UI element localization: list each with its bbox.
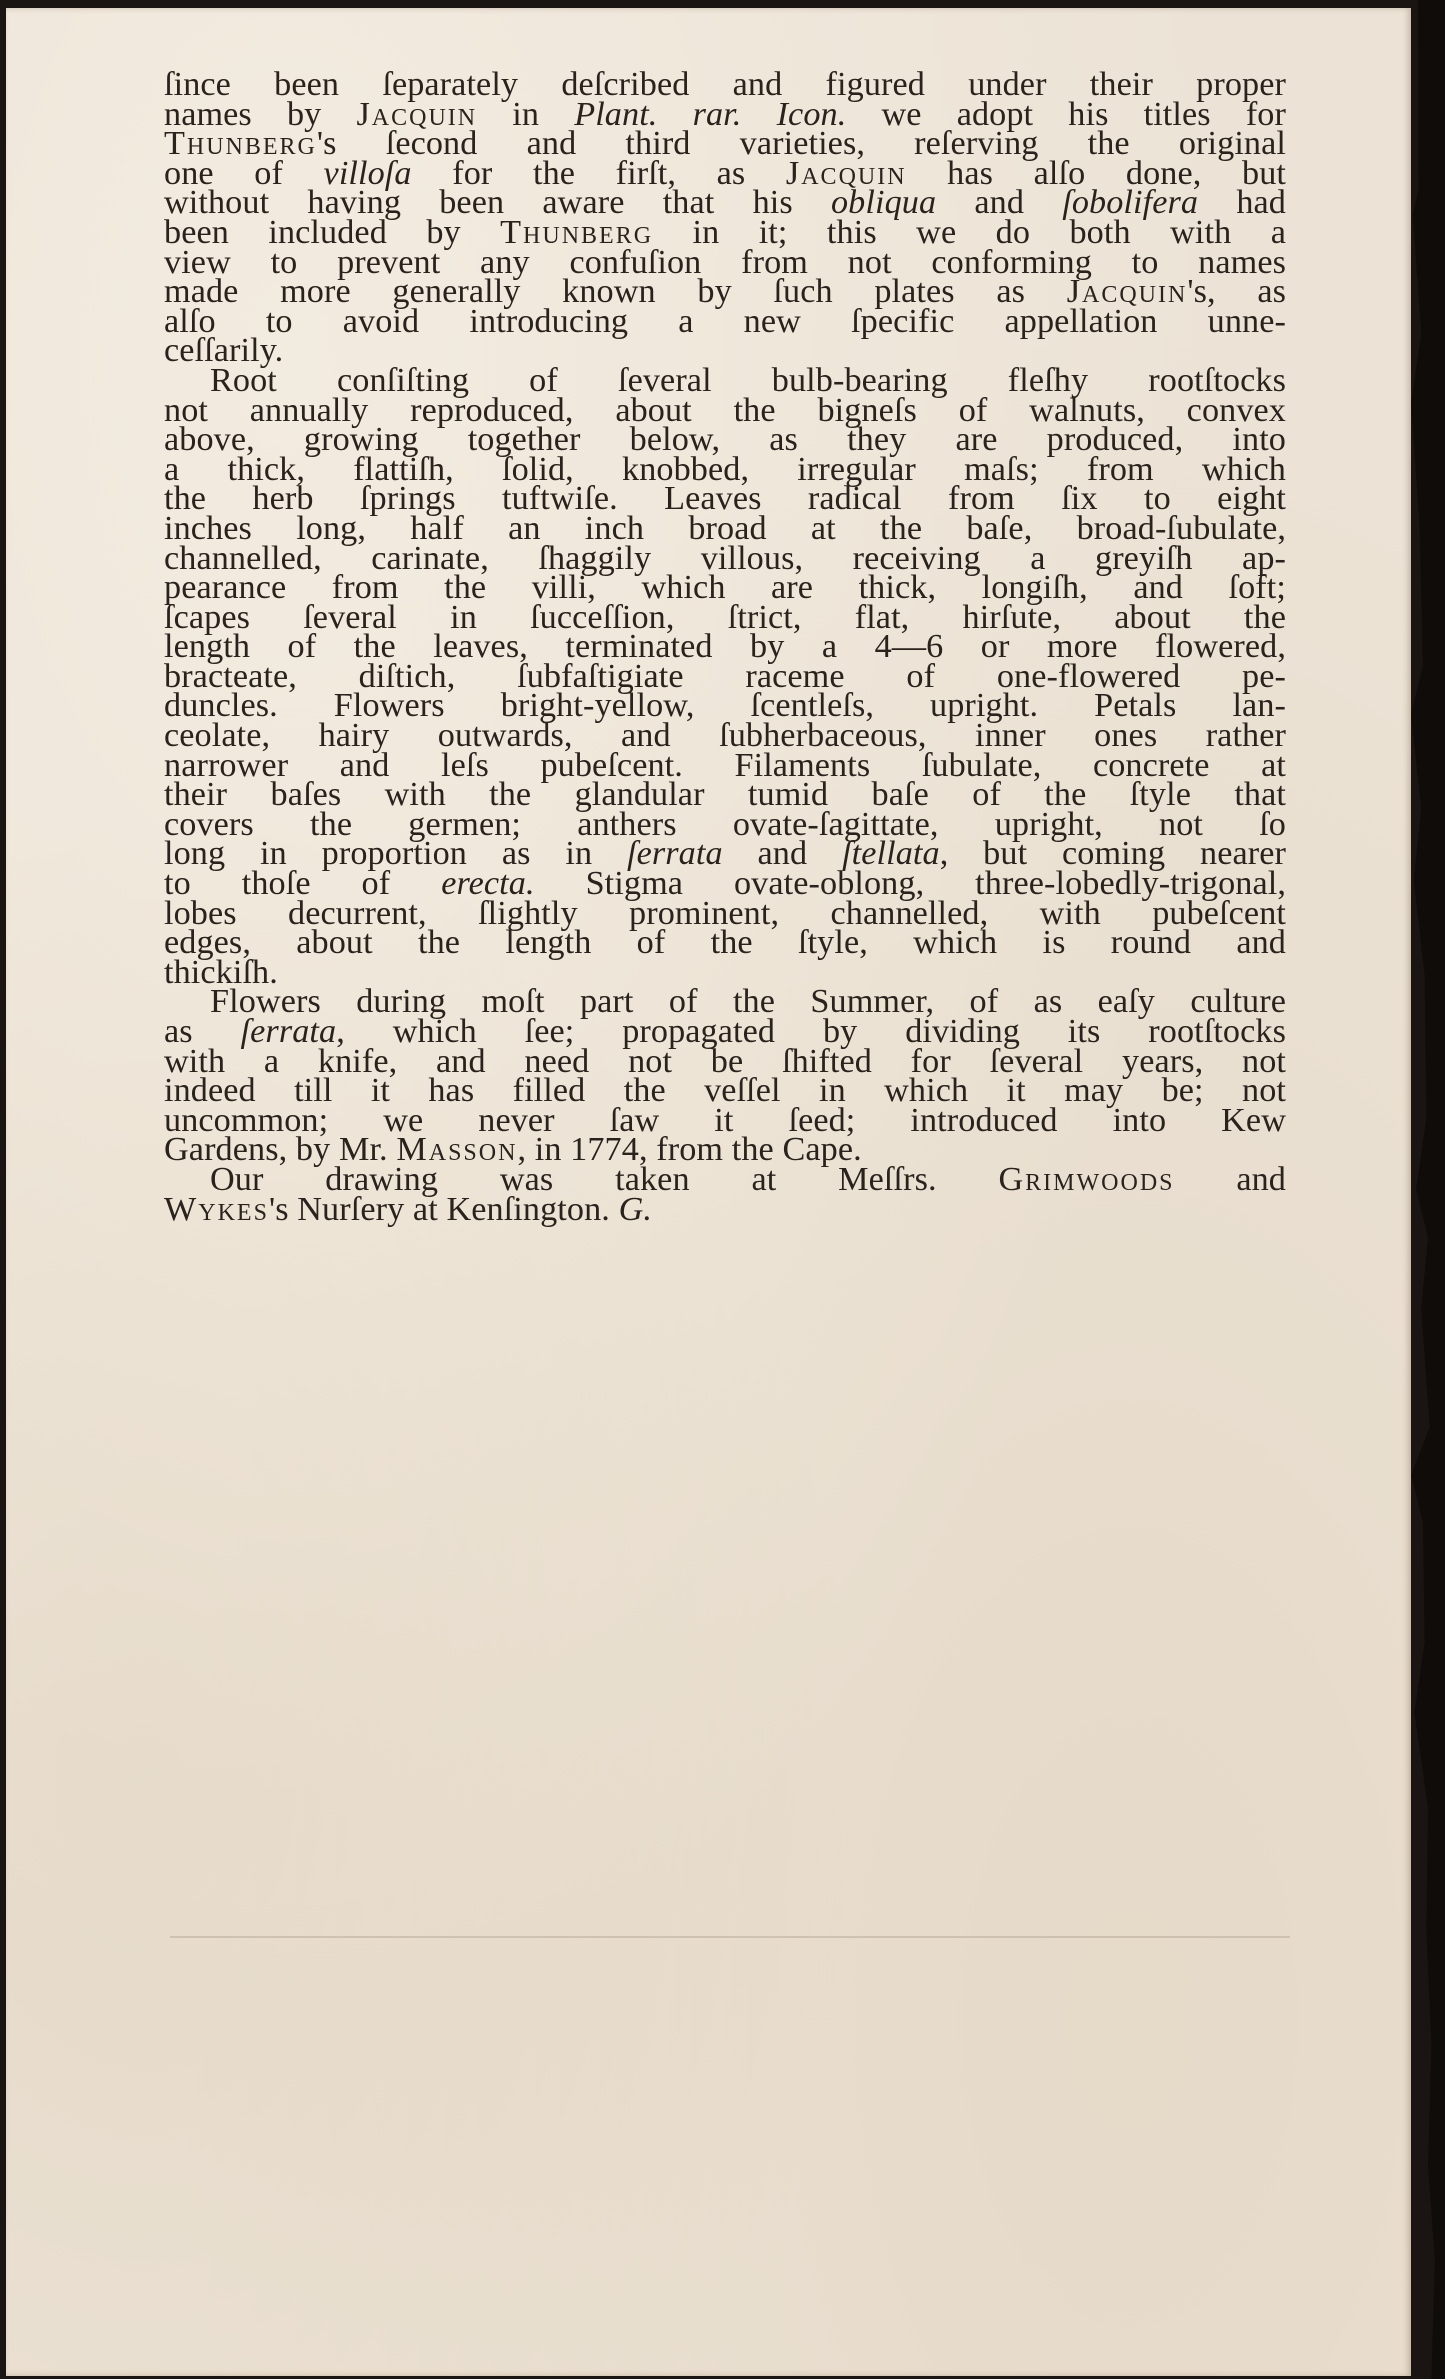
paragraph: Root conſiſting of ſeveral bulb-bearing … xyxy=(164,366,1286,987)
text-line: alſo to avoid introducing a new ſpecific… xyxy=(164,307,1286,337)
small-caps-name: Wykes xyxy=(164,1191,269,1228)
book-page: ſince been ſeparately deſcribed and figu… xyxy=(6,8,1411,2376)
torn-page-edge xyxy=(1411,0,1445,2379)
text-line: Wykes's Nurſery at Kenſington. G. xyxy=(164,1195,1286,1225)
paragraph: Flowers during moſt part of the Summer, … xyxy=(164,987,1286,1165)
italic-term: G. xyxy=(619,1191,652,1228)
text-line: edges, about the length of the ſtyle, wh… xyxy=(164,928,1286,958)
body-text: ſince been ſeparately deſcribed and figu… xyxy=(164,70,1286,1224)
text-run: 's Nurſery at Kenſington. xyxy=(269,1191,619,1228)
paragraph: Our drawing was taken at Meſſrs. Grimwoo… xyxy=(164,1165,1286,1224)
text-run: edges, about the length of the ſtyle, wh… xyxy=(164,924,1286,961)
text-run: alſo to avoid introducing a new ſpecific… xyxy=(164,303,1286,340)
paragraph: ſince been ſeparately deſcribed and figu… xyxy=(164,70,1286,366)
small-caps-name: Grimwoods xyxy=(998,1161,1174,1198)
bleed-through-rule xyxy=(170,1936,1290,1938)
text-run: and xyxy=(1175,1161,1286,1198)
